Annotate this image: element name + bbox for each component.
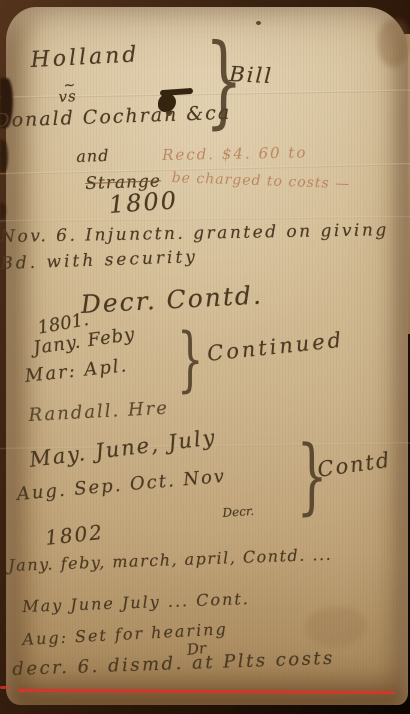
and-label: and bbox=[76, 146, 110, 166]
torn-edge-mark bbox=[0, 203, 6, 219]
bill-label: Bill bbox=[229, 62, 274, 88]
brace-icon: } bbox=[177, 328, 204, 391]
versus-label: vs bbox=[58, 87, 77, 106]
months-dec: Decr. bbox=[222, 504, 255, 520]
receipt-note: Recd. $4. 60 to bbox=[162, 143, 308, 164]
torn-edge-mark bbox=[0, 140, 8, 172]
manuscript-photo: Holland ~ vs } Bill Donald Cochran &ca a… bbox=[0, 0, 410, 714]
year-1800: 1800 bbox=[108, 186, 179, 219]
red-tick-annotation bbox=[0, 686, 9, 689]
ink-speck bbox=[256, 21, 261, 25]
